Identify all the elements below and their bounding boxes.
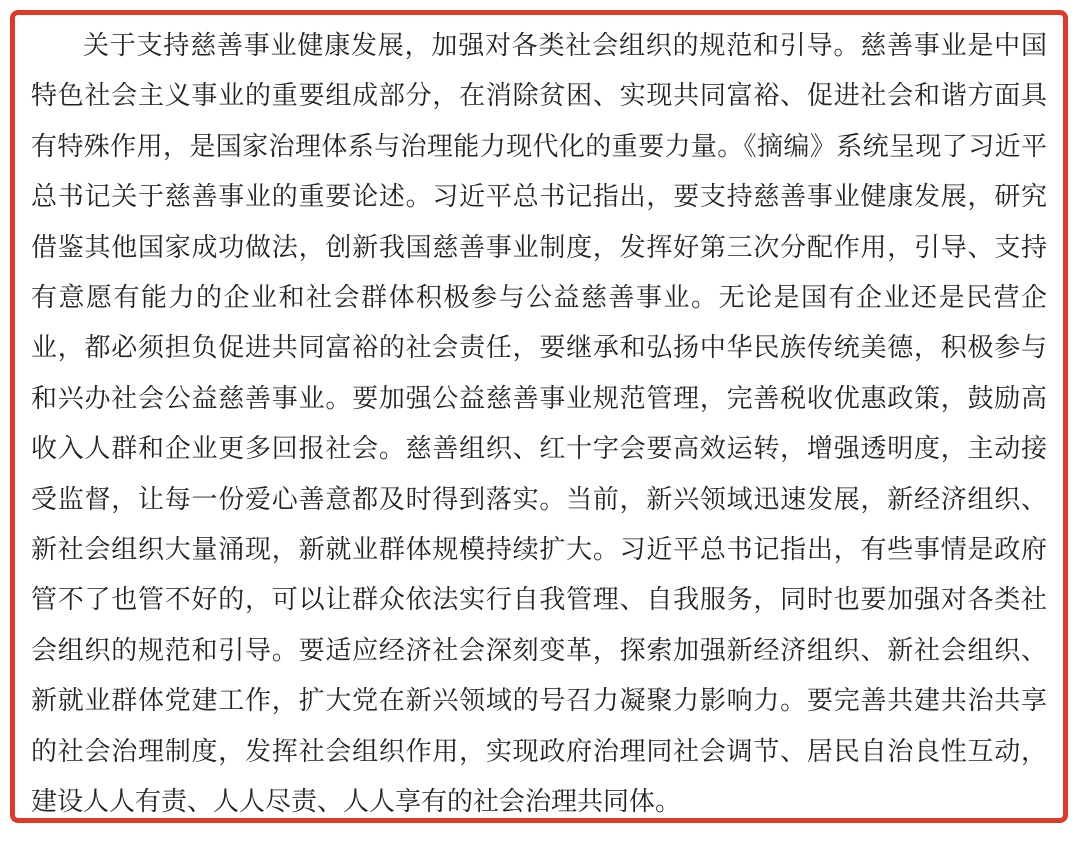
- text-line: 收入人群和企业更多回报社会。慈善组织、红十字会要高效运转，增强透明度，主动接: [31, 423, 1047, 473]
- text-line: 有意愿有能力的企业和社会群体积极参与公益慈善事业。无论是国有企业还是民营企: [31, 272, 1047, 322]
- text-line: 新就业群体党建工作，扩大党在新兴领域的号召力凝聚力影响力。要完善共建共治共享: [31, 675, 1047, 725]
- text-line: 借鉴其他国家成功做法，创新我国慈善事业制度，发挥好第三次分配作用，引导、支持: [31, 222, 1047, 272]
- text-line: 会组织的规范和引导。要适应经济社会深刻变革，探索加强新经济组织、新社会组织、: [31, 625, 1047, 675]
- text-line: 特色社会主义事业的重要组成部分，在消除贫困、实现共同富裕、促进社会和谐方面具: [31, 70, 1047, 120]
- text-line: 新社会组织大量涌现，新就业群体规模持续扩大。习近平总书记指出，有些事情是政府: [31, 524, 1047, 574]
- text-line: 管不了也管不好的，可以让群众依法实行自我管理、自我服务，同时也要加强对各类社: [31, 574, 1047, 624]
- page: 关于支持慈善事业健康发展，加强对各类社会组织的规范和引导。慈善事业是中国 特色社…: [0, 0, 1080, 841]
- text-line: 受监督，让每一份爱心善意都及时得到落实。当前，新兴领域迅速发展，新经济组织、: [31, 474, 1047, 524]
- text-line: 和兴办社会公益慈善事业。要加强公益慈善事业规范管理，完善税收优惠政策，鼓励高: [31, 373, 1047, 423]
- text-line: 总书记关于慈善事业的重要论述。习近平总书记指出，要支持慈善事业健康发展，研究: [31, 171, 1047, 221]
- text-line: 关于支持慈善事业健康发展，加强对各类社会组织的规范和引导。慈善事业是中国: [31, 20, 1047, 70]
- text-line: 业，都必须担负促进共同富裕的社会责任，要继承和弘扬中华民族传统美德，积极参与: [31, 322, 1047, 372]
- text-line: 建设人人有责、人人尽责、人人享有的社会治理共同体。: [31, 776, 1047, 823]
- text-line: 有特殊作用，是国家治理体系与治理能力现代化的重要力量。《摘编》系统呈现了习近平: [31, 121, 1047, 171]
- document-excerpt-panel: 关于支持慈善事业健康发展，加强对各类社会组织的规范和引导。慈善事业是中国 特色社…: [10, 10, 1068, 823]
- text-line: 的社会治理制度，发挥社会组织作用，实现政府治理同社会调节、居民自治良性互动，: [31, 726, 1047, 776]
